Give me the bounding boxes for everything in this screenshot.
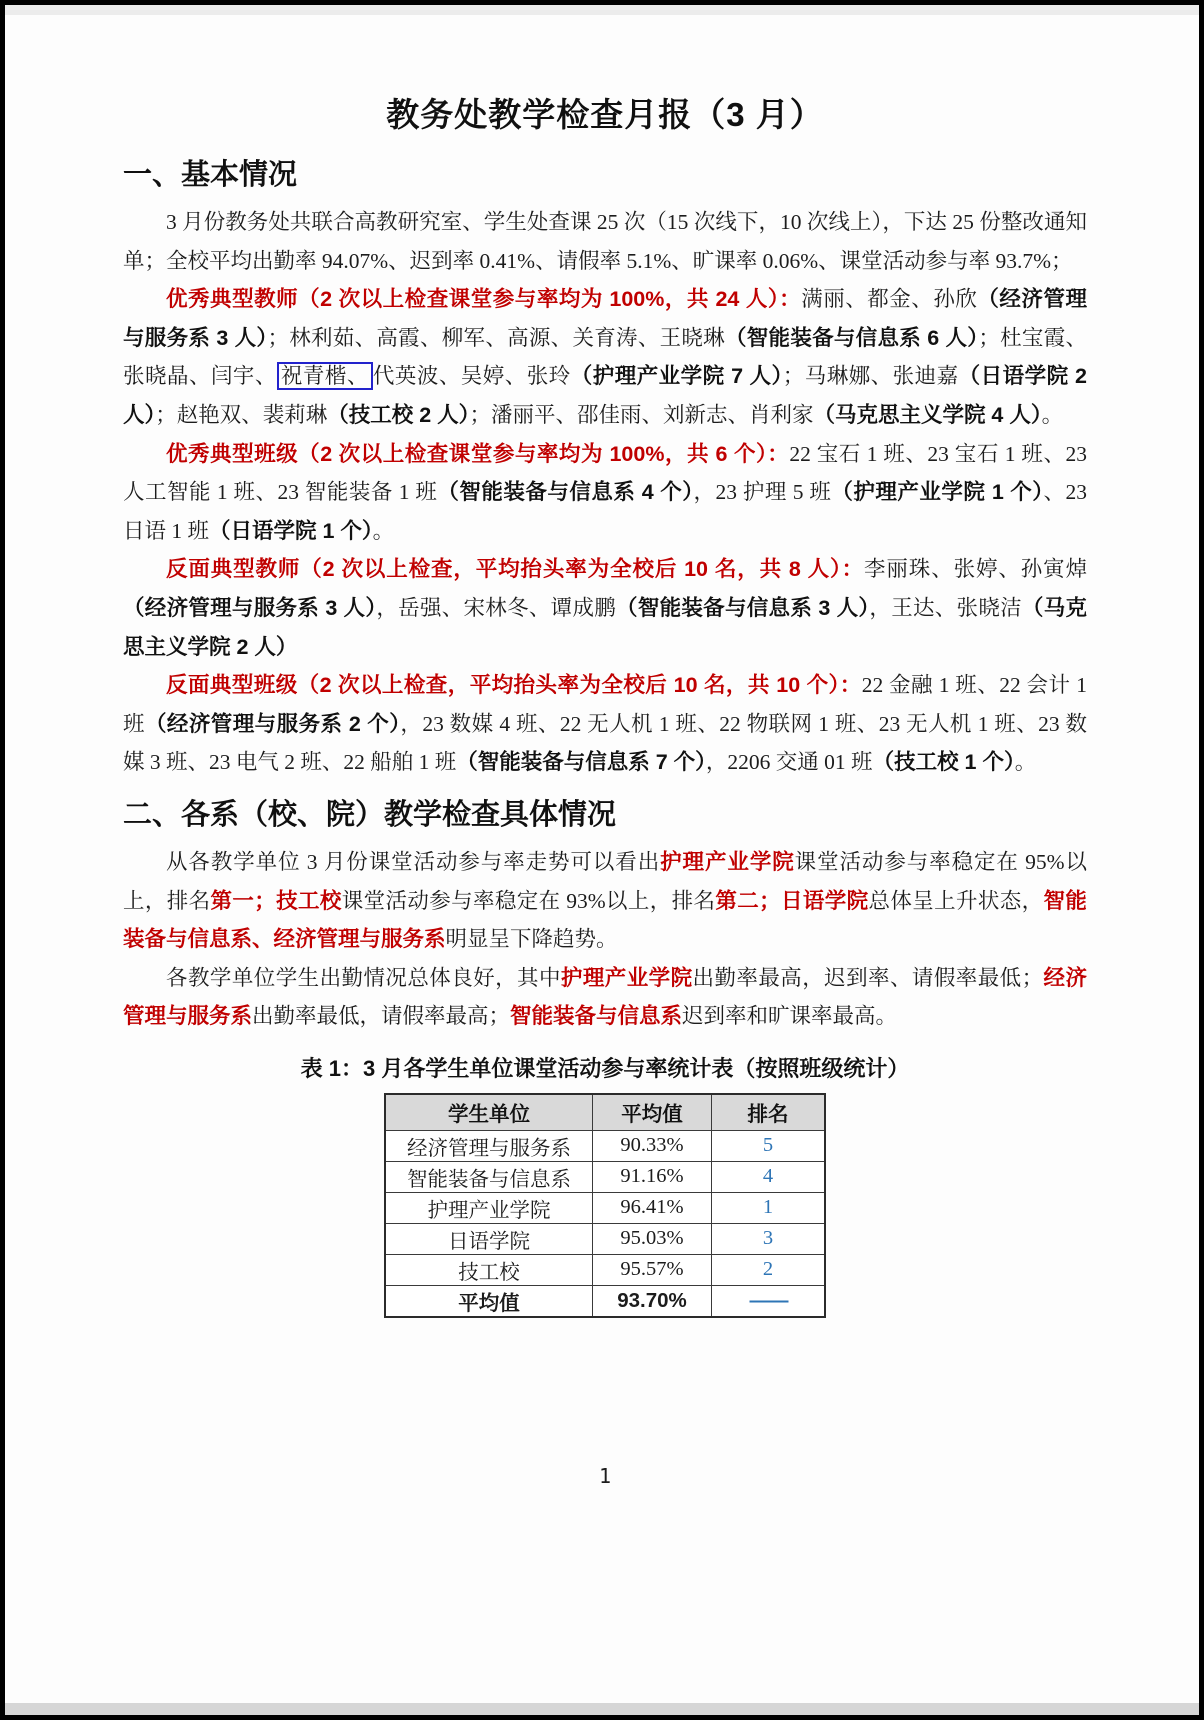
text-run: ，2206 交通 01 班	[706, 750, 873, 774]
rank-cell: 1	[712, 1192, 826, 1223]
text-run: 从各教学单位 3 月份课堂活动参与率走势可以看出	[166, 850, 660, 874]
text-run: 第一；	[211, 889, 276, 913]
unit-cell: 智能装备与信息系	[385, 1161, 593, 1192]
text-run: ；赵艳双、裴莉琳	[155, 403, 327, 427]
text-run: 优秀典型教师（2 次以上检查课堂参与率均为 100%，共 24 人）：	[166, 287, 801, 311]
unit-cell: 技工校	[385, 1254, 593, 1285]
text-run: ；潘丽平、邵佳雨、刘新志、肖利家	[469, 403, 813, 427]
text-run: （智能装备与信息系 4 个）	[437, 480, 693, 504]
rank-cell: 5	[712, 1130, 826, 1161]
scan-artifact-top	[5, 5, 1199, 15]
text-run: ，23 护理 5 班	[693, 480, 831, 504]
text-run: ；马琳娜、张迪嘉	[783, 364, 959, 388]
unit-cell: 日语学院	[385, 1223, 593, 1254]
average-cell: 95.57%	[593, 1254, 712, 1285]
text-run: （日语学院 1 个）	[209, 519, 373, 543]
column-header: 平均值	[593, 1094, 712, 1131]
unit-cell: 经济管理与服务系	[385, 1130, 593, 1161]
paragraph: 3 月份教务处共联合高教研究室、学生处查课 25 次（15 次线下，10 次线上…	[123, 203, 1087, 280]
text-run: ，岳强、宋林冬、谭成鹏	[376, 596, 616, 620]
document-page: 教务处教学检查月报（3 月） 一、基本情况 3 月份教务处共联合高教研究室、学生…	[0, 0, 1204, 1720]
average-cell: 91.16%	[593, 1161, 712, 1192]
average-cell: 95.03%	[593, 1223, 712, 1254]
average-cell: 96.41%	[593, 1192, 712, 1223]
table-header: 学生单位平均值排名	[385, 1094, 825, 1131]
text-run: （护理产业学院 7 人）	[571, 364, 783, 388]
text-run: 迟到率和旷课率最高。	[682, 1004, 897, 1028]
page-number: 1	[123, 1464, 1087, 1488]
text-run: 护理产业学院	[561, 966, 693, 990]
text-run: 智能装备与信息系	[510, 1004, 682, 1028]
unit-cell: 平均值	[385, 1285, 593, 1317]
annotation-boxed-name: 祝青楷、	[277, 362, 373, 390]
section-2-heading: 二、各系（校、院）教学检查具体情况	[123, 792, 1087, 833]
text-run: ，王达、张晓洁	[869, 596, 1022, 620]
scan-artifact-bottom	[5, 1703, 1199, 1715]
text-run: （马克思主义学院 4 人）	[813, 403, 1041, 427]
text-run: 反面典型教师（2 次以上检查，平均抬头率为全校后 10 名，共 8 人）：	[166, 557, 864, 581]
text-run: 日语学院	[781, 889, 869, 913]
participation-rate-table: 学生单位平均值排名 经济管理与服务系90.33%5智能装备与信息系91.16%4…	[384, 1093, 826, 1318]
text-run: 护理产业学院	[660, 850, 795, 874]
text-run: 出勤率最高，迟到率、请假率最低；	[693, 966, 1044, 990]
text-run: 3 月份教务处共联合高教研究室、学生处查课 25 次（15 次线下，10 次线上…	[123, 210, 1087, 273]
column-header: 排名	[712, 1094, 826, 1131]
rank-cell: 2	[712, 1254, 826, 1285]
text-run: 课堂活动参与率稳定在 93%以上，排名	[342, 889, 716, 913]
page-content: 教务处教学检查月报（3 月） 一、基本情况 3 月份教务处共联合高教研究室、学生…	[5, 5, 1199, 1488]
unit-cell: 护理产业学院	[385, 1192, 593, 1223]
table-row: 护理产业学院96.41%1	[385, 1192, 825, 1223]
table-caption: 表 1：3 月各学生单位课堂活动参与率统计表（按照班级统计）	[123, 1052, 1087, 1083]
table-row: 平均值93.70%——	[385, 1285, 825, 1317]
text-run: 优秀典型班级（2 次以上检查课堂参与率均为 100%，共 6 个）：	[166, 442, 789, 466]
text-run: 李丽珠、张婷、孙寅焯	[864, 557, 1087, 581]
text-run: （经济管理与服务系 3 人）	[123, 596, 376, 620]
text-run: （技工校 2 人）	[327, 403, 469, 427]
text-run: 代英波、吴婷、张玲	[373, 364, 571, 388]
table-row: 智能装备与信息系91.16%4	[385, 1161, 825, 1192]
column-header: 学生单位	[385, 1094, 593, 1131]
table-row: 经济管理与服务系90.33%5	[385, 1130, 825, 1161]
paragraph: 从各教学单位 3 月份课堂活动参与率走势可以看出护理产业学院课堂活动参与率稳定在…	[123, 843, 1087, 959]
paragraph: 反面典型教师（2 次以上检查，平均抬头率为全校后 10 名，共 8 人）：李丽珠…	[123, 550, 1087, 666]
text-run: ；林利茹、高霞、柳军、高源、关育涛、王晓琳	[267, 326, 725, 350]
table-row: 技工校95.57%2	[385, 1254, 825, 1285]
average-cell: 93.70%	[593, 1285, 712, 1317]
rank-cell: 4	[712, 1161, 826, 1192]
text-run: （智能装备与信息系 3 人）	[616, 596, 869, 620]
text-run: 明显呈下降趋势。	[446, 927, 618, 951]
document-title: 教务处教学检查月报（3 月）	[123, 89, 1087, 136]
text-run: 。	[1015, 750, 1037, 774]
text-run: 第二；	[715, 889, 780, 913]
text-run: （智能装备与信息系 7 个）	[456, 750, 706, 774]
text-run: （技工校 1 个）	[873, 750, 1015, 774]
table-row: 日语学院95.03%3	[385, 1223, 825, 1254]
text-run: 总体呈上升状态，	[869, 889, 1044, 913]
text-run: 出勤率最低，请假率最高；	[252, 1004, 510, 1028]
text-run: （护理产业学院 1 个）	[831, 480, 1043, 504]
paragraph: 各教学单位学生出勤情况总体良好，其中护理产业学院出勤率最高，迟到率、请假率最低；…	[123, 959, 1087, 1036]
text-run: （智能装备与信息系 6 人）	[725, 326, 978, 350]
section-1-heading: 一、基本情况	[123, 152, 1087, 193]
text-run: 满丽、都金、孙欣	[801, 287, 977, 311]
rank-cell: ——	[712, 1285, 826, 1317]
text-run: （经济管理与服务系 2 个）	[145, 712, 400, 736]
text-run: 。	[373, 519, 395, 543]
average-cell: 90.33%	[593, 1130, 712, 1161]
text-run: 各教学单位学生出勤情况总体良好，其中	[166, 966, 561, 990]
section-1-body: 3 月份教务处共联合高教研究室、学生处查课 25 次（15 次线下，10 次线上…	[123, 203, 1087, 782]
rank-cell: 3	[712, 1223, 826, 1254]
text-run: 技工校	[276, 889, 342, 913]
paragraph: 优秀典型班级（2 次以上检查课堂参与率均为 100%，共 6 个）：22 宝石 …	[123, 435, 1087, 551]
text-run: 。	[1042, 403, 1064, 427]
paragraph: 反面典型班级（2 次以上检查，平均抬头率为全校后 10 名，共 10 个）：22…	[123, 666, 1087, 782]
section-2-body: 从各教学单位 3 月份课堂活动参与率走势可以看出护理产业学院课堂活动参与率稳定在…	[123, 843, 1087, 1036]
paragraph: 优秀典型教师（2 次以上检查课堂参与率均为 100%，共 24 人）：满丽、都金…	[123, 280, 1087, 434]
text-run: 反面典型班级（2 次以上检查，平均抬头率为全校后 10 名，共 10 个）：	[166, 673, 862, 697]
